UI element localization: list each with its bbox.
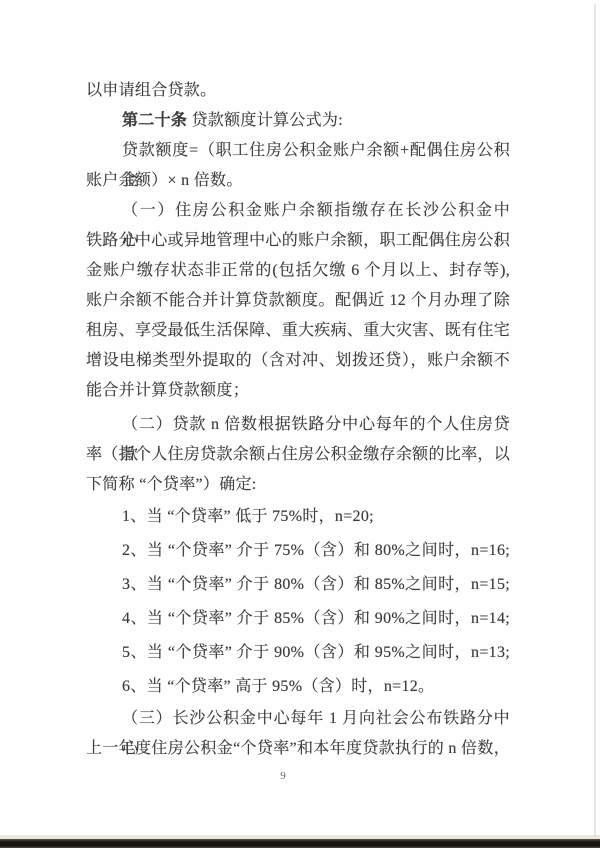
text-line: 率（指个人住房贷款余额占住房公积金缴存余额的比率，以 (86, 440, 510, 470)
scan-page-edge-line (594, 4, 596, 836)
text-run: 4、当 “个贷率” 介于 85%（含）和 90%之间时，n=14; (122, 610, 510, 627)
text-line: 下简称 “个贷率”）确定: (86, 470, 510, 500)
text-line: 账户余额）× n 倍数。 (86, 166, 510, 196)
page-number: 9 (86, 770, 480, 782)
text-run: 6、当 “个贷率” 高于 95%（含）时，n=12。 (122, 678, 434, 695)
text-run: 增设电梯类型外提取的（含对冲、划拨还贷），账户余额不 (86, 352, 510, 369)
document-page: 以申请组合贷款。第二十条 贷款额度计算公式为:贷款额度=（职工住房公积金账户余额… (0, 0, 600, 848)
article-number-bold: 第二十条 (122, 112, 187, 129)
text-run: 贷款额度计算公式为: (187, 112, 343, 129)
text-line: 租房、享受最低生活保障、重大疾病、重大灾害、既有住宅 (86, 316, 510, 346)
text-line: （一）住房公积金账户余额指缴存在长沙公积金中心、 (86, 196, 510, 226)
text-line: 上一年度住房公积金“个贷率”和本年度贷款执行的 n 倍数， (86, 734, 510, 764)
text-run: 下简称 “个贷率”）确定: (86, 476, 257, 493)
text-run: 租房、享受最低生活保障、重大疾病、重大灾害、既有住宅 (86, 322, 510, 339)
text-line: 贷款额度=（职工住房公积金账户余额+配偶住房公积金 (86, 136, 510, 166)
scan-edge-bar (0, 839, 600, 848)
text-run: 账户余额）× n 倍数。 (86, 172, 243, 189)
text-run: 率（指个人住房贷款余额占住房公积金缴存余额的比率，以 (86, 446, 510, 463)
text-line: 铁路分中心或异地管理中心的账户余额，职工配偶住房公积 (86, 226, 510, 256)
text-line: （三）长沙公积金中心每年 1 月向社会公布铁路分中心 (86, 704, 510, 734)
text-run: 上一年度住房公积金“个贷率”和本年度贷款执行的 n 倍数， (86, 740, 510, 757)
text-block: 以申请组合贷款。第二十条 贷款额度计算公式为:贷款额度=（职工住房公积金账户余额… (86, 76, 510, 764)
text-run: 铁路分中心或异地管理中心的账户余额，职工配偶住房公积 (86, 232, 510, 249)
text-run: 2、当 “个贷率” 介于 75%（含）和 80%之间时，n=16; (122, 542, 510, 559)
text-line: 5、当 “个贷率” 介于 90%（含）和 95%之间时，n=13; (86, 636, 510, 670)
text-line: 第二十条 贷款额度计算公式为: (86, 106, 510, 136)
text-run: 以申请组合贷款。 (86, 82, 216, 99)
text-run: 1、当 “个贷率” 低于 75%时，n=20; (122, 508, 374, 525)
text-line: 以申请组合贷款。 (86, 76, 510, 106)
text-line: 6、当 “个贷率” 高于 95%（含）时，n=12。 (86, 670, 510, 704)
text-line: 账户余额不能合并计算贷款额度。配偶近 12 个月办理了除 (86, 286, 510, 316)
text-line: 金账户缴存状态非正常的(包括欠缴 6 个月以上、封存等), (86, 256, 510, 286)
text-line: 1、当 “个贷率” 低于 75%时，n=20; (86, 500, 510, 534)
text-line: 2、当 “个贷率” 介于 75%（含）和 80%之间时，n=16; (86, 534, 510, 568)
text-line: 4、当 “个贷率” 介于 85%（含）和 90%之间时，n=14; (86, 602, 510, 636)
text-run: 5、当 “个贷率” 介于 90%（含）和 95%之间时，n=13; (122, 644, 510, 661)
text-line: （二）贷款 n 倍数根据铁路分中心每年的个人住房贷款 (86, 410, 510, 440)
text-line: 3、当 “个贷率” 介于 80%（含）和 85%之间时，n=15; (86, 568, 510, 602)
text-run: 账户余额不能合并计算贷款额度。配偶近 12 个月办理了除 (86, 292, 510, 309)
text-line: 能合并计算贷款额度； (86, 376, 510, 406)
text-run: 3、当 “个贷率” 介于 80%（含）和 85%之间时，n=15; (122, 576, 510, 593)
text-run: 能合并计算贷款额度； (86, 382, 249, 399)
text-run: 金账户缴存状态非正常的(包括欠缴 6 个月以上、封存等), (86, 262, 510, 279)
text-line: 增设电梯类型外提取的（含对冲、划拨还贷），账户余额不 (86, 346, 510, 376)
